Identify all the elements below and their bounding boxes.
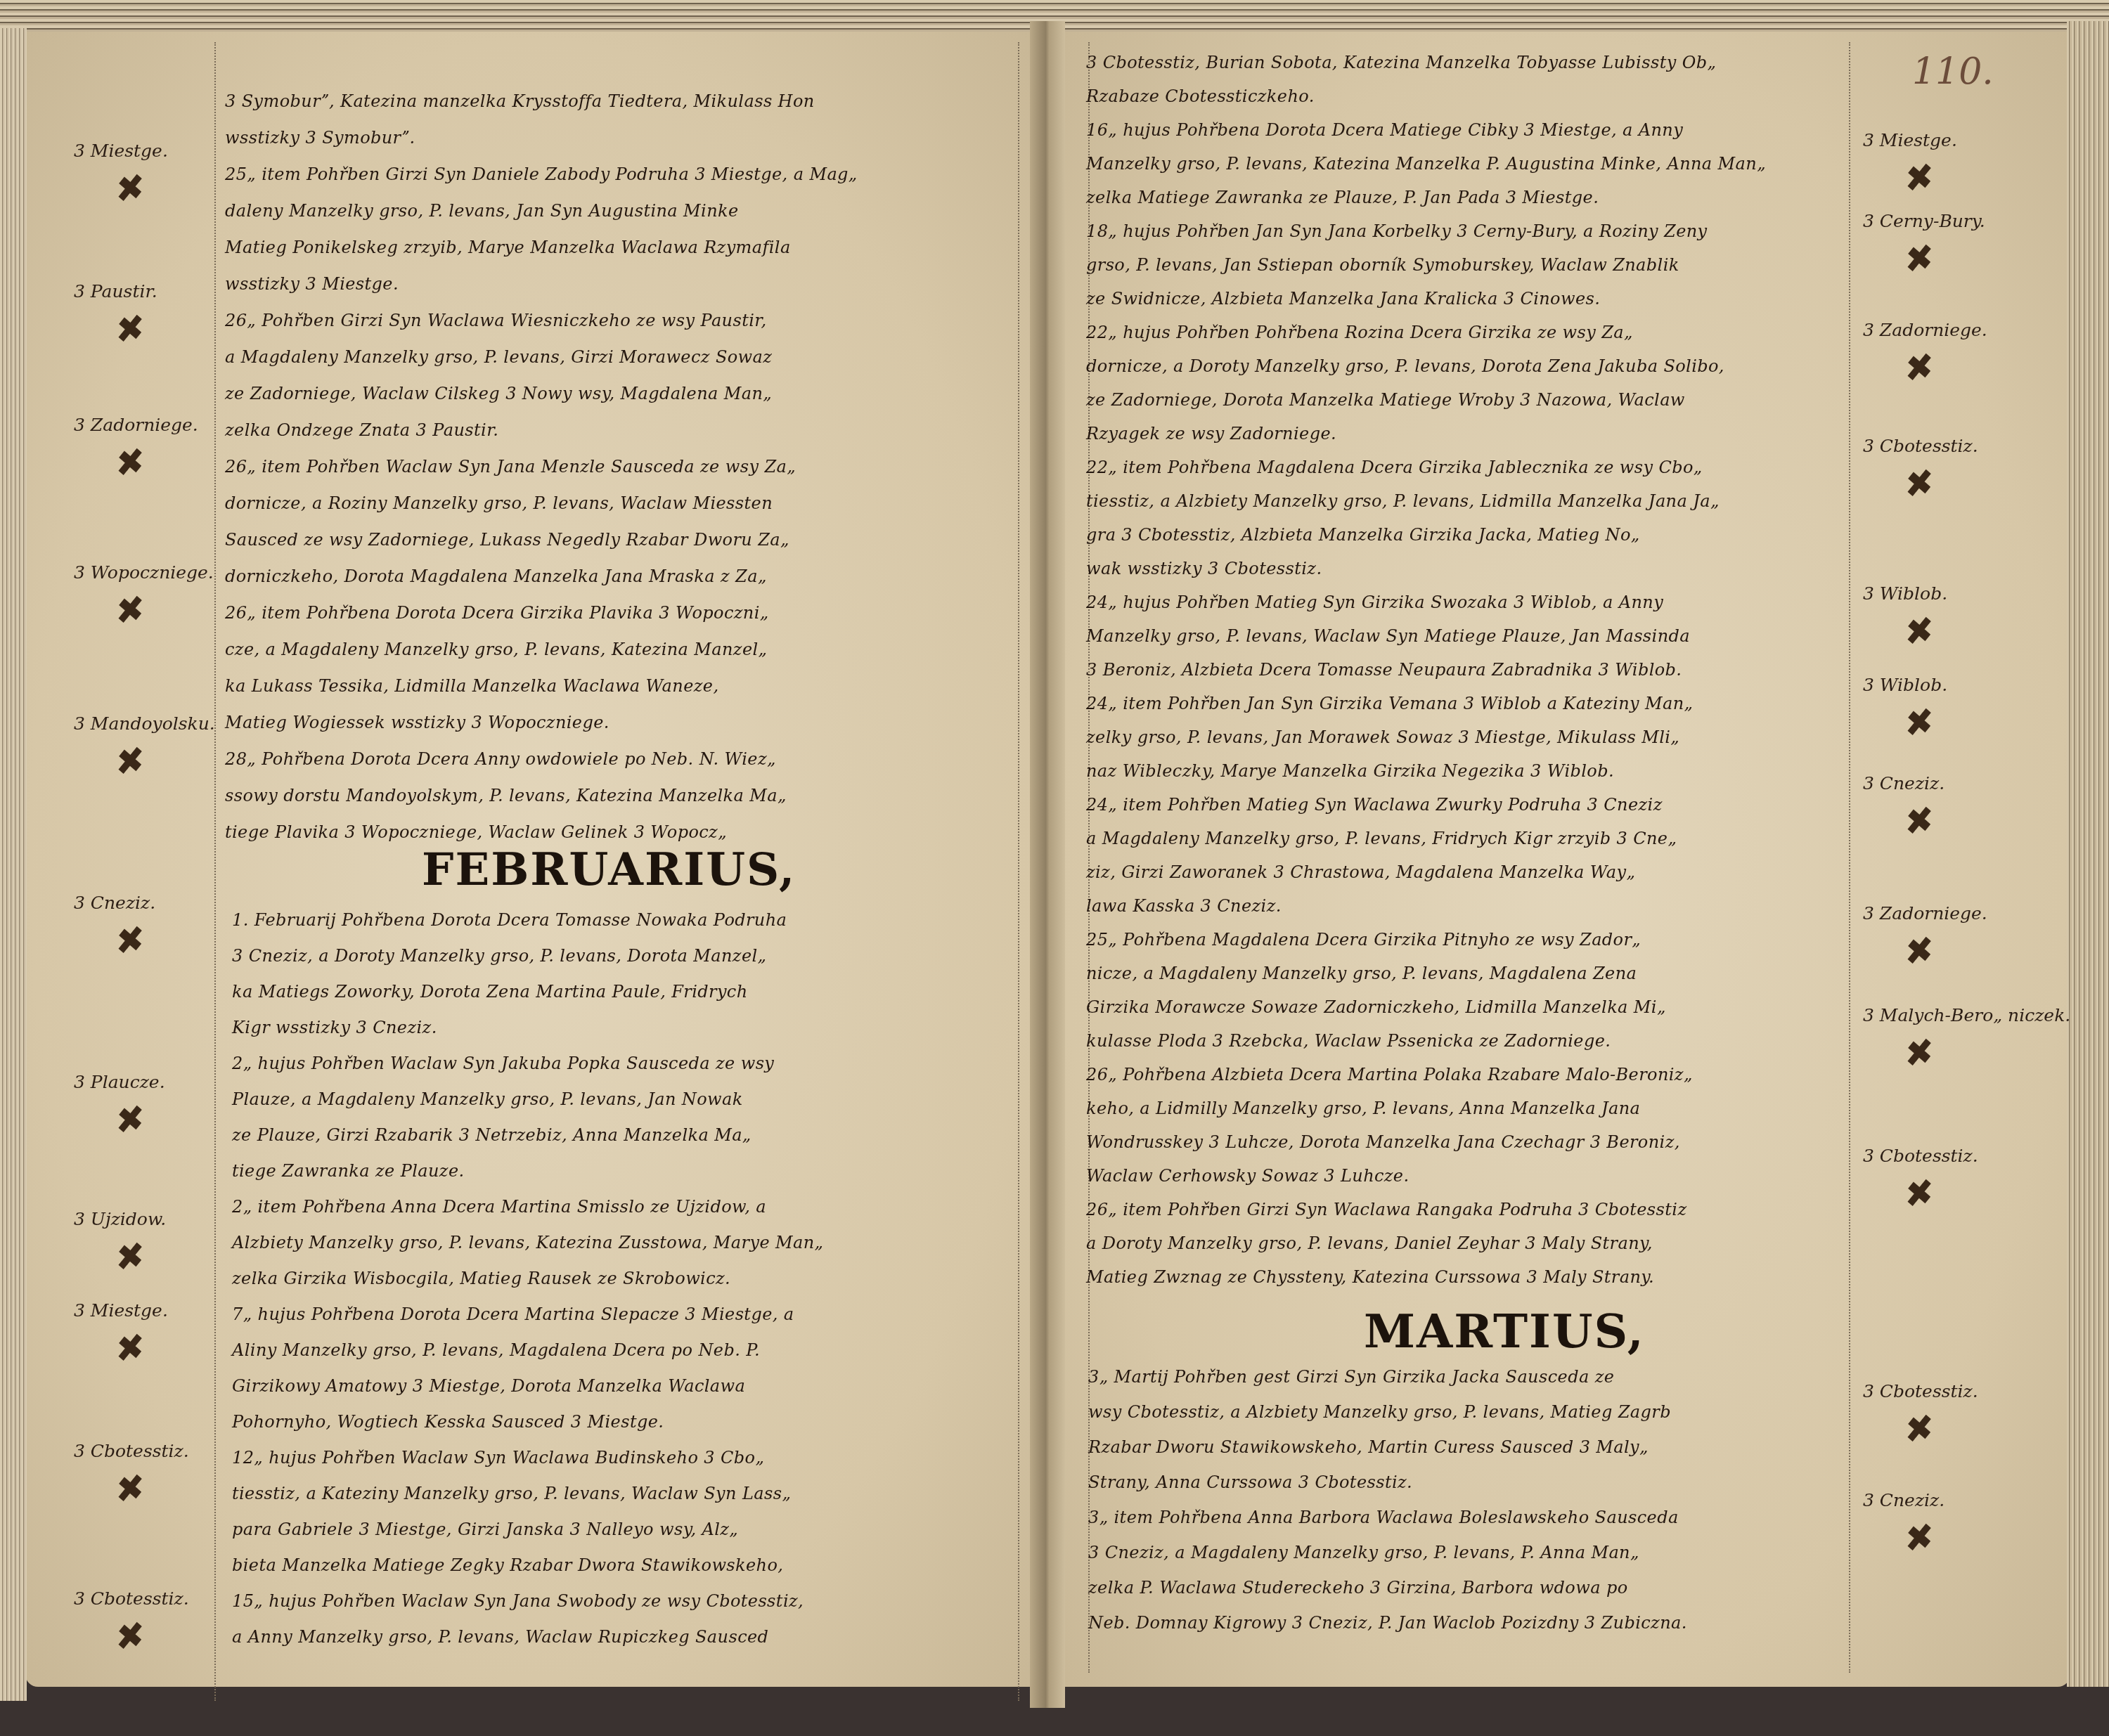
month-heading-februarius: FEBRUARIUS, [422, 843, 796, 896]
manuscript-line: 2„ item Pohřbena Anna Dcera Martina Smis… [232, 1197, 766, 1217]
manuscript-line: zelka Matiege Zawranka ze Plauze, P. Jan… [1086, 188, 1599, 207]
book-gutter [1030, 21, 1065, 1708]
manuscript-line: 24„ hujus Pohřben Matieg Syn Girzika Swo… [1086, 592, 1663, 612]
manuscript-line: Kigr wsstizky 3 Cneziz. [232, 1018, 437, 1037]
manuscript-line: 26„ item Pohřben Girzi Syn Waclawa Ranga… [1086, 1200, 1686, 1219]
manuscript-line: dornicze, a Roziny Manzelky grso, P. lev… [225, 493, 773, 513]
manuscript-line: Alzbiety Manzelky grso, P. levans, Katez… [232, 1233, 823, 1252]
manuscript-line: 24„ item Pohřben Jan Syn Girzika Vemana … [1086, 694, 1693, 713]
manuscript-line: 3„ Martij Pohřben gest Girzi Syn Girzika… [1088, 1367, 1614, 1387]
manuscript-line: ze Plauze, Girzi Rzabarik 3 Netrzebiz, A… [232, 1125, 752, 1145]
margin-place-note: 3 Wiblob. [1863, 675, 1947, 695]
manuscript-line: gra 3 Cbotesstiz, Alzbieta Manzelka Girz… [1086, 525, 1640, 545]
manuscript-line: ze Zadorniege, Waclaw Cilskeg 3 Nowy wsy… [225, 384, 772, 403]
manuscript-line: nicze, a Magdaleny Manzelky grso, P. lev… [1086, 964, 1637, 983]
manuscript-line: 15„ hujus Pohřben Waclaw Syn Jana Swobod… [232, 1591, 804, 1611]
manuscript-line: Girzika Morawcze Sowaze Zadorniczkeho, L… [1086, 997, 1666, 1017]
margin-place-note: 3 Cbotesstiz. [74, 1588, 189, 1609]
margin-place-note: 3 Cneziz. [1863, 1490, 1944, 1510]
manuscript-line: Waclaw Cerhowsky Sowaz 3 Luhcze. [1086, 1166, 1410, 1186]
manuscript-line: 3 Cneziz, a Doroty Manzelky grso, P. lev… [232, 946, 766, 966]
margin-place-note: 3 Miestge. [1863, 130, 1957, 150]
margin-place-note: 3 Cbotesstiz. [74, 1441, 189, 1461]
manuscript-line: Strany, Anna Curssowa 3 Cbotesstiz. [1088, 1472, 1412, 1492]
manuscript-line: 25„ Pohřbena Magdalena Dcera Girzika Pit… [1086, 930, 1641, 950]
open-book-spread: 110. 3 Miestge.✖3 Paustir.✖3 Zadorniege.… [0, 0, 2109, 1736]
manuscript-line: Wondrusskey 3 Luhcze, Dorota Manzelka Ja… [1086, 1132, 1680, 1152]
margin-place-note: 3 Wiblob. [1863, 583, 1947, 604]
manuscript-line: Matieg Wogiessek wsstizky 3 Wopoczniege. [225, 713, 610, 732]
margin-place-note: 3 Miestge. [74, 141, 168, 161]
manuscript-line: ka Lukass Tessika, Lidmilla Manzelka Wac… [225, 676, 718, 696]
manuscript-line: 26„ Pohřbena Alzbieta Dcera Martina Pola… [1086, 1065, 1693, 1084]
margin-place-note: 3 Zadorniege. [74, 415, 198, 435]
left-outer-rule [1018, 42, 1019, 1701]
manuscript-line: wsy Cbotesstiz, a Alzbiety Manzelky grso… [1088, 1402, 1671, 1422]
month-heading-martius: MARTIUS, [1364, 1304, 1645, 1359]
manuscript-line: Manzelky grso, P. levans, Katezina Manze… [1086, 154, 1766, 174]
manuscript-line: Girzikowy Amatowy 3 Miestge, Dorota Manz… [232, 1376, 745, 1396]
manuscript-line: 22„ hujus Pohřben Pohřbena Rozina Dcera … [1086, 323, 1633, 342]
manuscript-line: para Gabriele 3 Miestge, Girzi Janska 3 … [232, 1520, 738, 1539]
margin-place-note: 3 Cneziz. [74, 893, 155, 913]
margin-place-note: 3 Zadorniege. [1863, 320, 1987, 340]
margin-place-note: 3 Mandoyolsku. [74, 713, 215, 734]
manuscript-line: 12„ hujus Pohřben Waclaw Syn Waclawa Bud… [232, 1448, 764, 1468]
manuscript-line: kulasse Ploda 3 Rzebcka, Waclaw Pssenick… [1086, 1031, 1611, 1051]
manuscript-line: naz Wibleczky, Marye Manzelka Girzika Ne… [1086, 761, 1614, 781]
manuscript-line: a Magdaleny Manzelky grso, P. levans, Fr… [1086, 829, 1677, 848]
right-margin-rule [1849, 42, 1850, 1673]
manuscript-line: Rzyagek ze wsy Zadorniege. [1086, 424, 1336, 443]
manuscript-line: 3 Cbotesstiz, Burian Sobota, Katezina Ma… [1086, 53, 1716, 72]
manuscript-line: tiege Zawranka ze Plauze. [232, 1161, 465, 1181]
manuscript-line: ze Zadorniege, Dorota Manzelka Matiege W… [1086, 390, 1685, 410]
manuscript-line: wak wsstizky 3 Cbotesstiz. [1086, 559, 1322, 578]
manuscript-line: 3 Beroniz, Alzbieta Dcera Tomasse Neupau… [1086, 660, 1682, 680]
margin-place-note: 3 Ujzidow. [74, 1209, 166, 1229]
manuscript-line: zelky grso, P. levans, Jan Morawek Sowaz… [1086, 727, 1679, 747]
margin-place-note: 3 Plaucze. [74, 1072, 165, 1092]
manuscript-line: dorniczkeho, Dorota Magdalena Manzelka J… [225, 566, 767, 586]
manuscript-line: Matieg Ponikelskeg zrzyib, Marye Manzelk… [225, 238, 791, 257]
manuscript-line: Aliny Manzelky grso, P. levans, Magdalen… [232, 1340, 760, 1360]
right-page-edges [2067, 21, 2109, 1687]
manuscript-line: ziz, Girzi Zaworanek 3 Chrastowa, Magdal… [1086, 862, 1635, 882]
manuscript-line: zelka Girzika Wisbocgila, Matieg Rausek … [232, 1269, 730, 1288]
margin-place-note: 3 Wopoczniege. [74, 562, 214, 583]
folio-number: 110. [1912, 51, 1994, 93]
manuscript-line: tiege Plavika 3 Wopoczniege, Waclaw Geli… [225, 822, 727, 842]
manuscript-line: Manzelky grso, P. levans, Waclaw Syn Mat… [1086, 626, 1690, 646]
manuscript-line: 3 Symoburˮ, Katezina manzelka Krysstoffa… [225, 91, 815, 111]
margin-place-note: 3 Paustir. [74, 281, 157, 302]
manuscript-line: 7„ hujus Pohřbena Dorota Dcera Martina S… [232, 1304, 794, 1324]
margin-place-note: 3 Cbotesstiz. [1863, 1146, 1978, 1166]
manuscript-line: 26„ Pohřben Girzi Syn Waclawa Wiesniczke… [225, 311, 767, 330]
manuscript-line: 22„ item Pohřbena Magdalena Dcera Girzik… [1086, 458, 1703, 477]
manuscript-line: a Anny Manzelky grso, P. levans, Waclaw … [232, 1627, 768, 1647]
margin-place-note: 3 Cbotesstiz. [1863, 436, 1978, 456]
manuscript-line: dornicze, a Doroty Manzelky grso, P. lev… [1086, 356, 1724, 376]
manuscript-line: Rzabaze Cbotessticzkeho. [1086, 86, 1315, 106]
manuscript-line: tiesstiz, a Kateziny Manzelky grso, P. l… [232, 1484, 791, 1503]
left-page-edges [0, 28, 27, 1701]
manuscript-line: Matieg Zwznag ze Chyssteny, Katezina Cur… [1086, 1267, 1654, 1287]
manuscript-line: ka Matiegs Zoworky, Dorota Zena Martina … [232, 982, 748, 1002]
manuscript-line: Plauze, a Magdaleny Manzelky grso, P. le… [232, 1089, 743, 1109]
manuscript-line: ze Swidnicze, Alzbieta Manzelka Jana Kra… [1086, 289, 1600, 309]
manuscript-line: a Magdaleny Manzelky grso, P. levans, Gi… [225, 347, 772, 367]
manuscript-line: bieta Manzelka Matiege Zegky Rzabar Dwor… [232, 1555, 783, 1575]
manuscript-line: grso, P. levans, Jan Sstiepan oborník Sy… [1086, 255, 1679, 275]
manuscript-line: zelka Ondzege Znata 3 Paustir. [225, 420, 498, 440]
manuscript-line: a Doroty Manzelky grso, P. levans, Danie… [1086, 1233, 1653, 1253]
manuscript-line: 18„ hujus Pohřben Jan Syn Jana Korbelky … [1086, 221, 1708, 241]
manuscript-line: tiesstiz, a Alzbiety Manzelky grso, P. l… [1086, 491, 1720, 511]
manuscript-line: 3„ item Pohřbena Anna Barbora Waclawa Bo… [1088, 1508, 1679, 1527]
manuscript-line: 24„ item Pohřben Matieg Syn Waclawa Zwur… [1086, 795, 1663, 815]
manuscript-line: 25„ item Pohřben Girzi Syn Daniele Zabod… [225, 164, 858, 184]
manuscript-line: zelka P. Waclawa Studereckeho 3 Girzina,… [1088, 1578, 1628, 1598]
manuscript-line: Neb. Domnay Kigrowy 3 Cneziz, P. Jan Wac… [1088, 1613, 1687, 1633]
manuscript-line: 16„ hujus Pohřbena Dorota Dcera Matiege … [1086, 120, 1683, 140]
manuscript-line: ssowy dorstu Mandoyolskym, P. levans, Ka… [225, 786, 787, 805]
manuscript-line: wsstizky 3 Symoburˮ. [225, 128, 415, 148]
manuscript-line: lawa Kasska 3 Cneziz. [1086, 896, 1282, 916]
margin-place-note: 3 Zadorniege. [1863, 903, 1987, 924]
manuscript-line: daleny Manzelky grso, P. levans, Jan Syn… [225, 201, 739, 221]
margin-place-note: 3 Malych-Bero„ niczek. [1863, 1005, 2070, 1025]
manuscript-line: keho, a Lidmilly Manzelky grso, P. levan… [1086, 1099, 1640, 1118]
left-margin-rule [214, 42, 216, 1701]
right-inner-rule [1088, 42, 1090, 1673]
manuscript-line: Sausced ze wsy Zadorniege, Lukass Negedl… [225, 530, 789, 550]
manuscript-line: Pohornyho, Wogtiech Kesska Sausced 3 Mie… [232, 1412, 664, 1432]
margin-place-note: 3 Cerny-Bury. [1863, 211, 1985, 231]
margin-place-note: 3 Miestge. [74, 1300, 168, 1321]
margin-place-note: 3 Cbotesstiz. [1863, 1381, 1978, 1401]
manuscript-line: 2„ hujus Pohřben Waclaw Syn Jakuba Popka… [232, 1054, 774, 1073]
manuscript-line: Rzabar Dworu Stawikowskeho, Martin Cures… [1088, 1437, 1649, 1457]
manuscript-line: 26„ item Pohřbena Dorota Dcera Girzika P… [225, 603, 769, 623]
manuscript-line: cze, a Magdaleny Manzelky grso, P. levan… [225, 640, 767, 659]
manuscript-line: 3 Cneziz, a Magdaleny Manzelky grso, P. … [1088, 1543, 1639, 1562]
manuscript-line: 28„ Pohřbena Dorota Dcera Anny owdowiele… [225, 749, 776, 769]
manuscript-line: 1. Februarij Pohřbena Dorota Dcera Tomas… [232, 910, 787, 930]
manuscript-line: wsstizky 3 Miestge. [225, 274, 399, 294]
manuscript-line: 26„ item Pohřben Waclaw Syn Jana Menzle … [225, 457, 796, 477]
margin-place-note: 3 Cneziz. [1863, 773, 1944, 793]
